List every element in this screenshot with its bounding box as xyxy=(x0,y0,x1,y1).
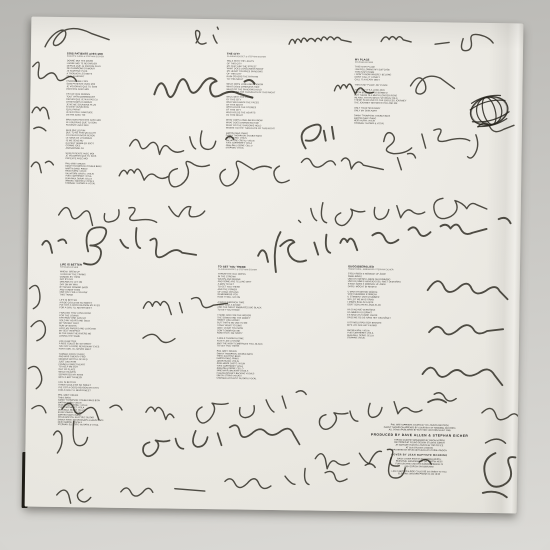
song-block-sois-patiente: SOIS PATIENTE AVEC MOI PHILIPPE DJIAN & … xyxy=(65,52,133,185)
song-writer-credit: CLAUDIA ROSSET & STEPHAN EICHER xyxy=(227,55,300,59)
song-block-guggisberglied: GUGGISBERGLIED TRADITIONAL, ARRANGED STE… xyxy=(347,265,434,340)
song-lyrics: WALK WITH THE LIGHTS OF THIS CITY MY FEE… xyxy=(226,60,300,130)
song-block-to-get-you-there: TO GET YOU THERE CLAUDIA ROSSET & STEPHA… xyxy=(216,265,297,380)
management-lines: BACK COVER PHOTOS BY MONIKA WERTLI PERSO… xyxy=(349,457,489,476)
song-writer-credit: STEPHAN EICHER xyxy=(60,266,136,270)
song-block-life-is-better: LIFE IS BETTER STEPHAN EICHER WHEN I GRE… xyxy=(58,263,136,427)
song-lyrics: DONNE MOI TES MAINS LAISSE MOI TE REGARD… xyxy=(65,60,132,161)
recording-lines: STRING QUARTET ARRANGED BY SIMON MORRIS … xyxy=(349,438,489,452)
song-musician-credits: PHIL GREY: DRUMS THEO: BASS DANNY THOMPS… xyxy=(58,394,134,427)
song-musician-credits: DANNY THOMPSON: DOUBLE BASS MARTIN DANZ:… xyxy=(354,115,437,126)
song-musician-credits: MARTIN DANZ: PIANO DANNY THOMPSON: DOUBL… xyxy=(226,132,299,150)
song-lyrics: THIS IS MY PLACE I AM FOLLOWING MY SUITC… xyxy=(354,66,437,113)
song-block-the-city: THE CITY CLAUDIA ROSSET & STEPHAN EICHER… xyxy=(226,52,300,150)
song-writer-credit: PHILIPPE DJIAN & STEPHAN EICHER xyxy=(67,55,133,59)
song-musician-credits: PHIL GREY: DRUMS DANNY THOMPSON: DOUBLE … xyxy=(216,350,296,380)
song-writer-credit: TRADITIONAL, ARRANGED STEPHAN EICHER xyxy=(348,268,434,272)
song-musician-credits: PHIL GREY: DRUMS DANNY THOMPSON: DOUBLE … xyxy=(65,163,131,186)
song-block-my-place: MY PLACE STEPHAN EICHER THIS IS MY PLACE… xyxy=(354,58,437,125)
photo-background: SOIS PATIENTE AVEC MOI PHILIPPE DJIAN & … xyxy=(0,0,550,550)
production-credits-block: PHIL GREY APPEARS COURTESY OF LONDON REC… xyxy=(349,423,490,476)
record-inner-sleeve: SOIS PATIENTE AVEC MOI PHILIPPE DJIAN & … xyxy=(25,17,524,514)
song-lyrics: WHEN I GREW UP I LIVED BY THE TRAINS COM… xyxy=(58,271,136,393)
song-writer-credit: STEPHAN EICHER xyxy=(355,61,438,65)
song-writer-credit: CLAUDIA ROSSET & STEPHAN EICHER xyxy=(218,268,297,272)
courtesy-lines: PHIL GREY APPEARS COURTESY OF LONDON REC… xyxy=(350,423,490,432)
song-musician-credits: JAKOB HURNI: VIOLIN YVES CARTHERET: VIOL… xyxy=(347,329,433,340)
globe-icon xyxy=(467,92,511,130)
song-lyrics: S'ISCH ÄBEN E MÖNSCH UF ÄRDE SIMELIBÄRG … xyxy=(347,273,434,328)
song-lyrics: THROW THE OLD DRESS IN THE STREAM WEAPS … xyxy=(217,273,297,349)
